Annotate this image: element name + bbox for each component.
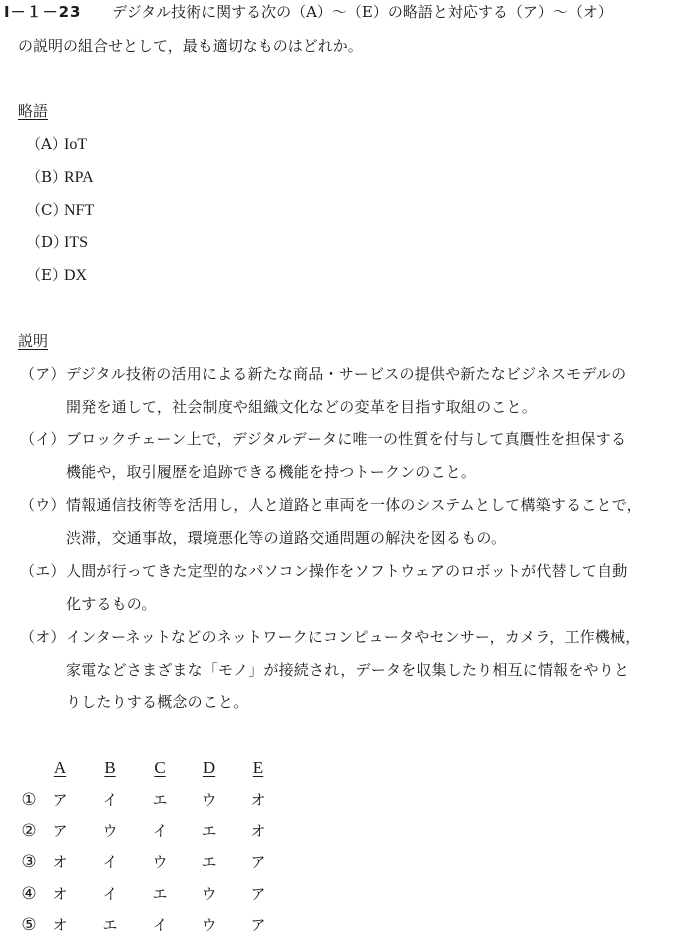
- option-cell: ア: [45, 821, 75, 841]
- option-number: ⑤: [14, 915, 44, 935]
- column-header-b: B: [95, 758, 125, 778]
- column-header-e: E: [243, 758, 273, 778]
- option-cell: ア: [243, 852, 273, 872]
- description-label: （オ）: [20, 627, 66, 647]
- description-label: （ウ）: [20, 495, 66, 515]
- description-line: 化するもの。: [66, 594, 157, 614]
- option-cell: オ: [45, 852, 75, 872]
- option-cell: オ: [243, 790, 273, 810]
- option-number: ②: [14, 821, 44, 841]
- description-line: 機能や，取引履歴を追跡できる機能を持つトークンのこと。: [66, 462, 476, 482]
- option-cell: イ: [95, 884, 125, 904]
- option-cell: ウ: [194, 790, 224, 810]
- abbreviation-item-a: （A）IoT: [26, 134, 87, 155]
- abbreviations-heading: 略語: [18, 101, 48, 121]
- option-cell: エ: [145, 884, 175, 904]
- option-cell: エ: [95, 915, 125, 935]
- abbreviation-item-e: （E）DX: [26, 265, 87, 286]
- abbreviation-label: （D）: [26, 232, 64, 252]
- description-line: デジタル技術の活用による新たな商品・サービスの提供や新たなビジネスモデルの: [66, 364, 626, 384]
- abbreviation-label: （C）: [26, 200, 64, 220]
- description-line: 開発を通して，社会制度や組織文化などの変革を目指す取組のこと。: [66, 397, 537, 417]
- option-cell: オ: [45, 915, 75, 935]
- column-header-a: A: [45, 758, 75, 778]
- option-cell: エ: [194, 821, 224, 841]
- abbreviation-value: IoT: [64, 136, 87, 153]
- option-cell: エ: [145, 790, 175, 810]
- abbreviation-label: （A）: [26, 134, 64, 154]
- description-line: りしたりする概念のこと。: [66, 692, 248, 712]
- description-line: インターネットなどのネットワークにコンピュータやセンサー，カメラ，工作機械，: [66, 627, 640, 647]
- option-cell: エ: [194, 852, 224, 872]
- option-cell: ア: [243, 915, 273, 935]
- abbreviation-item-b: （B）RPA: [26, 167, 94, 188]
- option-cell: イ: [95, 790, 125, 810]
- description-line: ブロックチェーン上で，デジタルデータに唯一の性質を付与して真贋性を担保する: [66, 429, 626, 449]
- option-number: ④: [14, 884, 44, 904]
- question-text-line2: の説明の組合せとして，最も適切なものはどれか。: [18, 36, 363, 56]
- option-cell: ウ: [95, 821, 125, 841]
- option-cell: イ: [145, 915, 175, 935]
- question-number: Ⅰ－１－23: [4, 2, 81, 22]
- question-text-line1: デジタル技術に関する次の（A）～（E）の略語と対応する（ア）～（オ）: [112, 2, 613, 22]
- description-line: 人間が行ってきた定型的なパソコン操作をソフトウェアのロボットが代替して自動: [66, 561, 628, 581]
- description-line: 情報通信技術等を活用し，人と道路と車両を一体のシステムとして構築することで，: [66, 495, 642, 515]
- abbreviation-value: RPA: [64, 169, 94, 186]
- description-label: （エ）: [20, 561, 66, 581]
- column-header-c: C: [145, 758, 175, 778]
- column-header-d: D: [194, 758, 224, 778]
- description-label: （ア）: [20, 364, 66, 384]
- description-label: （イ）: [20, 429, 66, 449]
- option-cell: ウ: [194, 915, 224, 935]
- option-number: ①: [14, 790, 44, 810]
- option-cell: ア: [243, 884, 273, 904]
- descriptions-heading: 説明: [18, 331, 48, 351]
- option-cell: ア: [45, 790, 75, 810]
- abbreviation-item-d: （D）ITS: [26, 232, 88, 253]
- option-cell: ウ: [145, 852, 175, 872]
- option-cell: イ: [145, 821, 175, 841]
- abbreviation-label: （E）: [26, 265, 64, 285]
- abbreviation-label: （B）: [26, 167, 64, 187]
- option-cell: オ: [243, 821, 273, 841]
- abbreviation-value: ITS: [64, 234, 88, 251]
- description-line: 家電などさまざまな「モノ」が接続され，データを収集したり相互に情報をやりと: [66, 660, 629, 680]
- abbreviation-item-c: （C）NFT: [26, 200, 94, 221]
- abbreviation-value: DX: [64, 267, 87, 284]
- abbreviation-value: NFT: [64, 202, 94, 219]
- option-cell: イ: [95, 852, 125, 872]
- option-cell: オ: [45, 884, 75, 904]
- description-line: 渋滞，交通事故，環境悪化等の道路交通問題の解決を図るもの。: [66, 528, 506, 548]
- option-number: ③: [14, 852, 44, 872]
- option-cell: ウ: [194, 884, 224, 904]
